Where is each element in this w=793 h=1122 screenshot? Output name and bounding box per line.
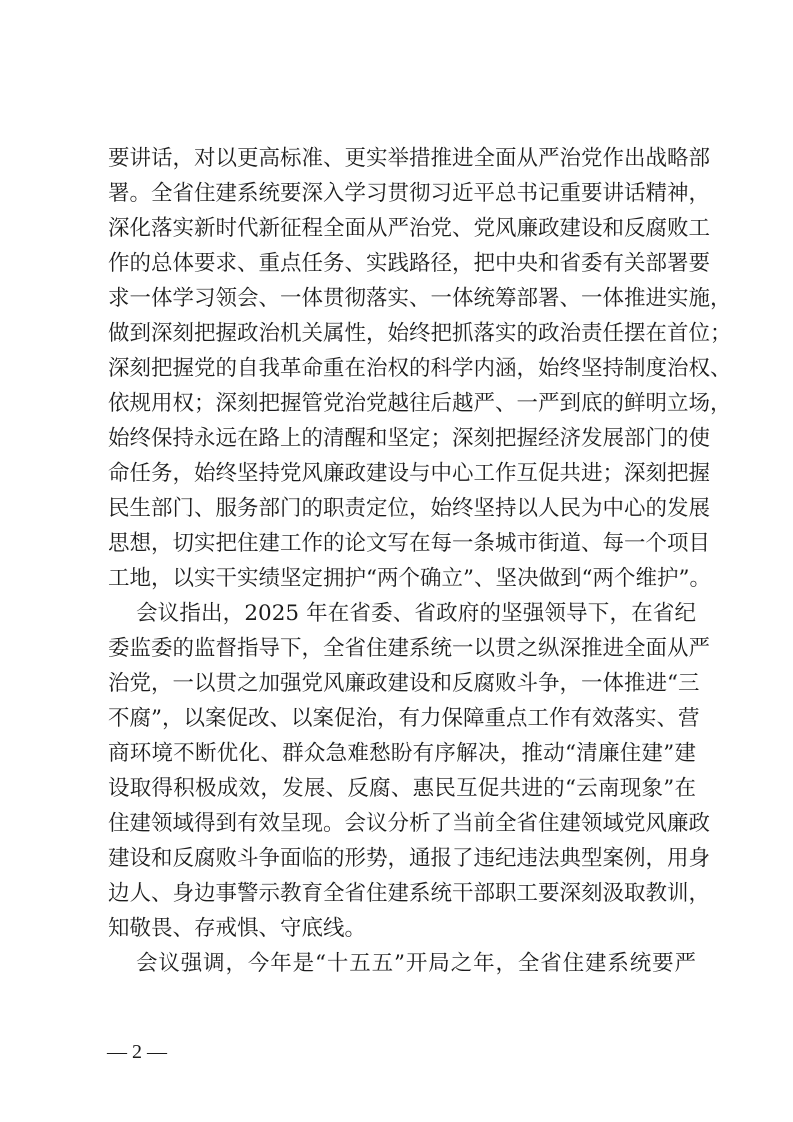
text-line: 建设和反腐败斗争面临的形势，通报了违纪违法典型案例，用身 xyxy=(108,841,696,876)
text-line: 求一体学习领会、一体贯彻落实、一体统筹部署、一体推进实施， xyxy=(108,281,696,316)
text-line: 深化落实新时代新征程全面从严治党、党风廉政建设和反腐败工 xyxy=(108,211,696,246)
text-line: 命任务，始终坚持党风廉政建设与中心工作互促共进；深刻把握 xyxy=(108,456,696,491)
text-line: 工地，以实干实绩坚定拥护“两个确立”、坚决做到“两个维护”。 xyxy=(108,561,696,596)
text-line: 依规用权；深刻把握管党治党越往后越严、一严到底的鲜明立场， xyxy=(108,386,696,421)
text-line: 委监委的监督指导下，全省住建系统一以贯之纵深推进全面从严 xyxy=(108,631,696,666)
page-number: — 2 — xyxy=(107,1039,167,1065)
text-line: 边人、身边事警示教育全省住建系统干部职工要深刻汲取教训， xyxy=(108,876,696,911)
text-line: 要讲话，对以更高标准、更实举措推进全面从严治党作出战略部 xyxy=(108,141,696,176)
text-line: 做到深刻把握政治机关属性，始终把抓落实的政治责任摆在首位； xyxy=(108,316,696,351)
text-line: 知敬畏、存戒惧、守底线。 xyxy=(108,911,696,946)
body-text: 要讲话，对以更高标准、更实举措推进全面从严治党作出战略部 署。全省住建系统要深入… xyxy=(108,141,696,981)
paragraph-start-line: 会议强调，今年是“十五五”开局之年，全省住建系统要严 xyxy=(108,946,696,981)
text-line: 商环境不断优化、群众急难愁盼有序解决，推动“清廉住建”建 xyxy=(108,736,696,771)
text-line: 设取得积极成效，发展、反腐、惠民互促共进的“云南现象”在 xyxy=(108,771,696,806)
text-line: 署。全省住建系统要深入学习贯彻习近平总书记重要讲话精神， xyxy=(108,176,696,211)
text-line: 始终保持永远在路上的清醒和坚定；深刻把握经济发展部门的使 xyxy=(108,421,696,456)
text-line: 不腐”，以案促改、以案促治，有力保障重点工作有效落实、营 xyxy=(108,701,696,736)
text-line: 深刻把握党的自我革命重在治权的科学内涵，始终坚持制度治权、 xyxy=(108,351,696,386)
text-line: 思想，切实把住建工作的论文写在每一条城市街道、每一个项目 xyxy=(108,526,696,561)
text-line: 住建领域得到有效呈现。会议分析了当前全省住建领域党风廉政 xyxy=(108,806,696,841)
document-page: 要讲话，对以更高标准、更实举措推进全面从严治党作出战略部 署。全省住建系统要深入… xyxy=(0,0,793,1122)
text-line: 治党，一以贯之加强党风廉政建设和反腐败斗争，一体推进“三 xyxy=(108,666,696,701)
paragraph-start-line: 会议指出，2025 年在省委、省政府的坚强领导下，在省纪 xyxy=(108,596,696,631)
text-line: 作的总体要求、重点任务、实践路径，把中央和省委有关部署要 xyxy=(108,246,696,281)
text-line: 民生部门、服务部门的职责定位，始终坚持以人民为中心的发展 xyxy=(108,491,696,526)
